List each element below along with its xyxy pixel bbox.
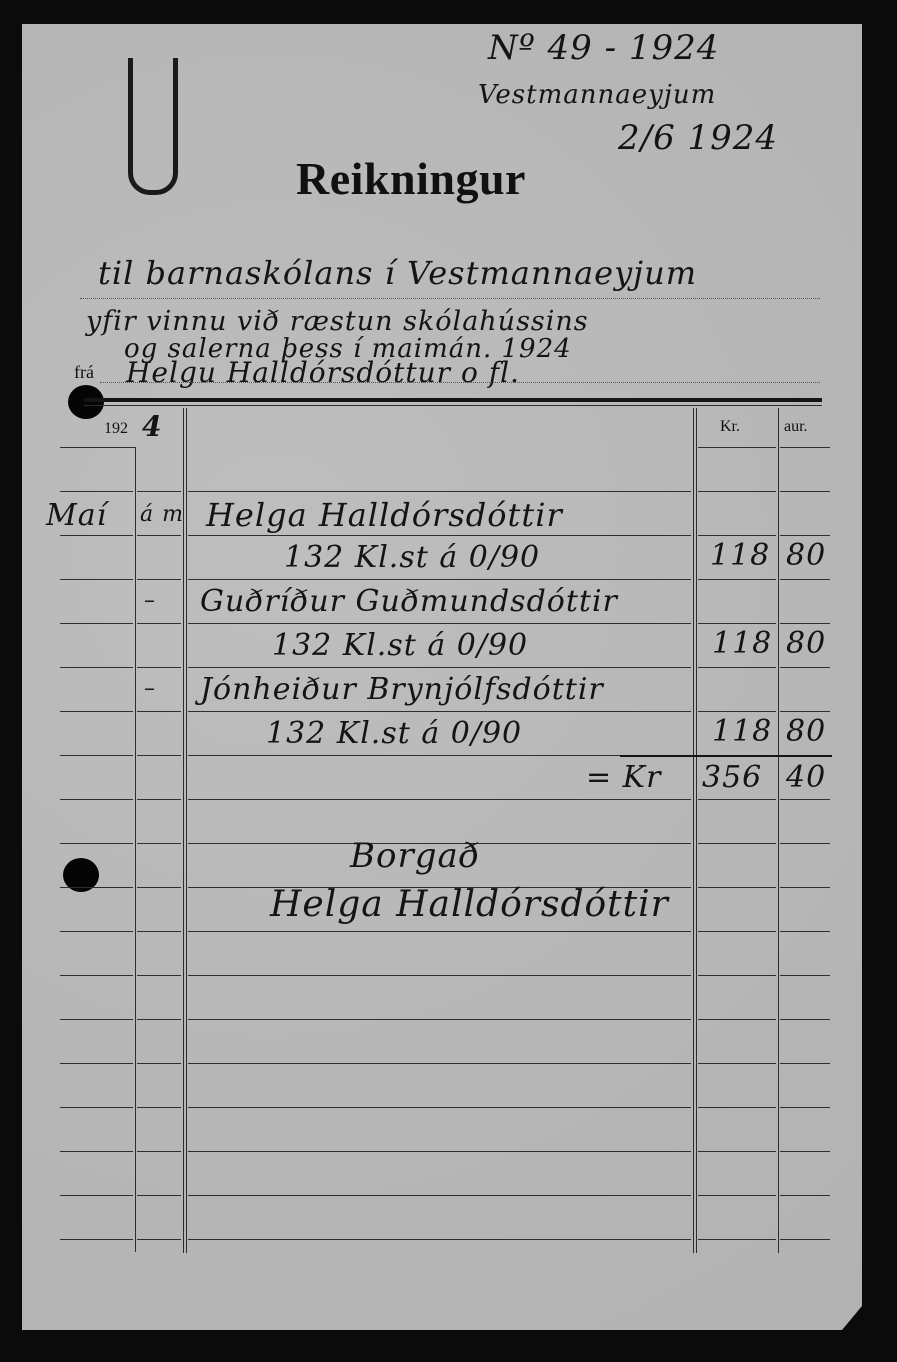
place-name: Vestmannaeyjum	[478, 80, 716, 110]
ledger-rule	[780, 711, 830, 712]
ledger-rule	[780, 535, 830, 536]
recipient-line-1: til barnaskólans í Vestmannaeyjum	[98, 254, 697, 292]
ledger-rule	[137, 623, 181, 624]
from-value: Helgu Halldórsdóttur o fl.	[126, 356, 520, 389]
row-desc: Guðríður Guðmundsdóttir	[200, 584, 618, 619]
ledger-rule	[60, 579, 133, 580]
ledger-rule	[60, 931, 133, 932]
row-desc: Jónheiður Brynjólfsdóttir	[200, 672, 604, 707]
ledger-rule	[780, 667, 830, 668]
row-kr: 118	[712, 626, 772, 661]
ledger-rule	[60, 1195, 133, 1196]
ledger-rule	[188, 1151, 691, 1152]
invoice-number: Nº 49 - 1924	[488, 28, 719, 68]
ledger-rule	[698, 1019, 776, 1020]
ledger-rule	[60, 447, 135, 448]
row-month: Maí	[46, 498, 107, 533]
ledger-rule	[137, 799, 181, 800]
ledger-rule	[698, 1239, 776, 1240]
ledger-rule	[698, 491, 776, 492]
ledger-rule	[780, 447, 830, 448]
signature: Helga Halldórsdóttir	[270, 884, 669, 925]
ledger-rule	[698, 887, 776, 888]
ledger-rule	[188, 1107, 691, 1108]
ledger-rule	[698, 1195, 776, 1196]
ledger-rule	[137, 1195, 181, 1196]
ledger-rule	[188, 1063, 691, 1064]
ledger-rule	[137, 843, 181, 844]
row-desc: 132 Kl.st á 0/90	[266, 716, 522, 751]
ledger-rule	[60, 1239, 133, 1240]
ledger-rule	[188, 623, 691, 624]
ledger-rule	[188, 1195, 691, 1196]
row-day: –	[144, 676, 156, 701]
year-printed: 192	[104, 420, 128, 438]
desc-column-line	[186, 408, 187, 1253]
ledger-rule	[60, 535, 133, 536]
ledger-rule	[137, 1019, 181, 1020]
aur-column-line	[778, 408, 779, 1253]
ledger-rule	[137, 931, 181, 932]
kr-column-line	[696, 408, 697, 1253]
ledger-rule	[780, 1239, 830, 1240]
ledger-rule	[60, 1151, 133, 1152]
ledger-rule	[60, 799, 133, 800]
ledger-rule	[780, 1019, 830, 1020]
ledger-rule	[60, 1107, 133, 1108]
from-label: frá	[74, 362, 94, 383]
ledger-rule	[60, 623, 133, 624]
ledger-rule	[60, 491, 133, 492]
ledger-rule	[60, 975, 133, 976]
ledger-rule	[698, 975, 776, 976]
page-title: Reikningur	[296, 152, 526, 205]
ledger-rule	[188, 579, 691, 580]
year-handwritten: 4	[142, 410, 162, 443]
ledger-rule	[698, 931, 776, 932]
ledger-rule	[137, 711, 181, 712]
header-rule	[84, 398, 822, 402]
header-rule-thin	[84, 405, 822, 406]
ledger-rule	[698, 843, 776, 844]
ledger-rule	[137, 1063, 181, 1064]
ledger-rule	[60, 887, 133, 888]
recipient-line-2: yfir vinnu við ræstun skólahússins	[86, 306, 589, 337]
ledger-rule	[780, 1063, 830, 1064]
ledger-rule	[188, 799, 691, 800]
ledger-rule	[780, 1195, 830, 1196]
ledger-rule	[137, 1239, 181, 1240]
ledger-rule	[60, 1019, 133, 1020]
ledger-rule	[698, 711, 776, 712]
dotted-rule	[100, 382, 820, 383]
ledger-rule	[698, 579, 776, 580]
kr-column-line	[693, 408, 694, 1253]
paid-stamp: Borgað	[350, 836, 480, 876]
ledger-rule	[780, 579, 830, 580]
ledger-rule	[780, 1151, 830, 1152]
ledger-rule	[698, 447, 776, 448]
ledger-rule	[60, 667, 133, 668]
day-column-line	[135, 447, 136, 1252]
row-day: á m	[140, 502, 184, 527]
ledger-rule	[188, 931, 691, 932]
ledger-rule	[137, 1107, 181, 1108]
row-aur: 80	[786, 538, 826, 573]
ledger-rule	[188, 535, 691, 536]
row-desc: Helga Halldórsdóttir	[206, 496, 563, 534]
row-kr: 118	[712, 714, 772, 749]
ledger-rule	[188, 491, 691, 492]
ledger-rule	[60, 843, 133, 844]
row-desc: 132 Kl.st á 0/90	[284, 540, 540, 575]
ledger-rule	[60, 1063, 133, 1064]
ledger-rule	[137, 1151, 181, 1152]
ledger-rule	[137, 667, 181, 668]
ledger-rule	[780, 931, 830, 932]
row-kr: 118	[710, 538, 770, 573]
ledger-rule	[137, 579, 181, 580]
ledger-rule	[188, 975, 691, 976]
ledger-rule	[780, 843, 830, 844]
ledger-rule	[780, 491, 830, 492]
ledger-rule	[188, 1239, 691, 1240]
ledger-rule	[188, 755, 691, 756]
total-aur: 40	[786, 760, 826, 795]
ledger-rule	[137, 975, 181, 976]
total-kr: 356	[702, 760, 762, 795]
ledger-rule	[137, 755, 181, 756]
ledger-rule	[698, 799, 776, 800]
column-header-kr: Kr.	[720, 418, 740, 436]
row-aur: 80	[786, 626, 826, 661]
total-label: = Kr	[586, 760, 661, 795]
ledger-rule	[60, 755, 133, 756]
ledger-rule	[780, 1107, 830, 1108]
ledger-rule	[698, 667, 776, 668]
invoice-date: 2/6 1924	[618, 118, 778, 158]
ledger-rule	[137, 535, 181, 536]
punch-hole-icon	[68, 385, 104, 419]
desc-column-line	[183, 408, 184, 1253]
ledger-rule	[188, 711, 691, 712]
ledger-rule	[137, 491, 181, 492]
ledger-rule	[60, 711, 133, 712]
ledger-rule	[698, 535, 776, 536]
row-aur: 80	[786, 714, 826, 749]
ledger-rule	[780, 799, 830, 800]
ledger-rule	[698, 623, 776, 624]
row-day: –	[144, 588, 156, 613]
ledger-rule	[188, 1019, 691, 1020]
total-rule	[620, 755, 832, 757]
ledger-rule	[780, 887, 830, 888]
ledger-rule	[780, 975, 830, 976]
ledger-rule	[780, 623, 830, 624]
ledger-rule	[137, 887, 181, 888]
row-desc: 132 Kl.st á 0/90	[272, 628, 528, 663]
dotted-rule	[80, 298, 820, 299]
ledger-rule	[698, 1151, 776, 1152]
ledger-rule	[188, 667, 691, 668]
column-header-aur: aur.	[784, 418, 808, 436]
ledger-rule	[698, 1107, 776, 1108]
ledger-rule	[698, 1063, 776, 1064]
paperclip-mark-icon	[128, 58, 178, 195]
